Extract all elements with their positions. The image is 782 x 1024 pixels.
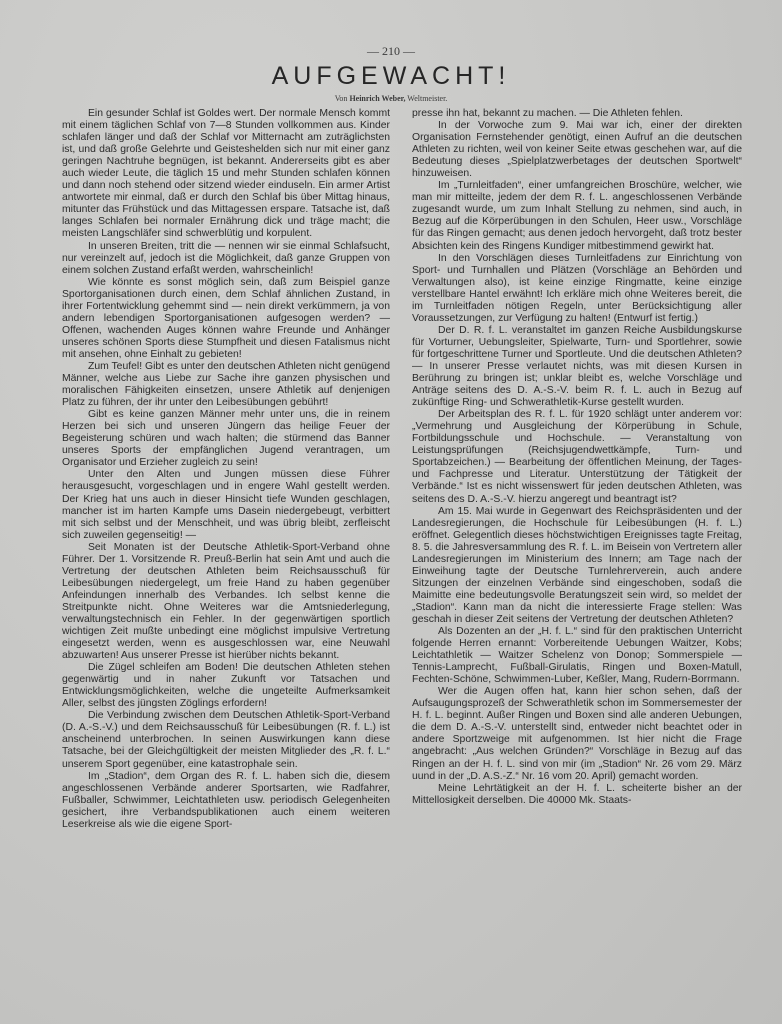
paragraph: Seit Monaten ist der Deutsche Athletik-S… xyxy=(62,542,390,662)
paragraph: Zum Teufel! Gibt es unter den deutschen … xyxy=(62,361,390,409)
byline-suffix: Weltmeister. xyxy=(407,94,447,103)
paragraph: Im „Turnleitfaden“, einer umfangreichen … xyxy=(412,180,742,252)
paragraph: In unseren Breiten, tritt die — nennen w… xyxy=(62,241,390,277)
paragraph: Als Dozenten an der „H. f. L.“ sind für … xyxy=(412,626,742,686)
paragraph-continued: presse ihn hat, bekannt zu machen. — Die… xyxy=(412,108,742,120)
paragraph: Ein gesunder Schlaf ist Goldes wert. Der… xyxy=(62,108,390,241)
paragraph: In der Vorwoche zum 9. Mai war ich, eine… xyxy=(412,120,742,180)
byline: Von Heinrich Weber, Weltmeister. xyxy=(0,94,782,103)
paragraph: Der D. R. f. L. veranstaltet im ganzen R… xyxy=(412,325,742,409)
paragraph: Im „Stadion“, dem Organ des R. f. L. hab… xyxy=(62,771,390,831)
paragraph: Die Zügel schleifen am Boden! Die deutsc… xyxy=(62,662,390,710)
paragraph: Meine Lehrtätigkeit an der H. f. L. sche… xyxy=(412,783,742,807)
left-column: Ein gesunder Schlaf ist Goldes wert. Der… xyxy=(62,108,390,831)
article-title: AUFGEWACHT! xyxy=(0,62,782,91)
paragraph: Der Arbeitsplan des R. f. L. für 1920 sc… xyxy=(412,409,742,505)
byline-prefix: Von xyxy=(335,94,348,103)
byline-author: Heinrich Weber, xyxy=(349,94,405,103)
paragraph: Gibt es keine ganzen Männer mehr unter u… xyxy=(62,409,390,469)
page-number: — 210 — xyxy=(0,44,782,59)
paragraph: In den Vorschlägen dieses Turnleitfadens… xyxy=(412,253,742,325)
paragraph: Unter den Alten und Jungen müssen diese … xyxy=(62,469,390,541)
paragraph: Wer die Augen offen hat, kann hier schon… xyxy=(412,686,742,782)
paragraph: Wie könnte es sonst möglich sein, daß zu… xyxy=(62,277,390,361)
right-column: presse ihn hat, bekannt zu machen. — Die… xyxy=(412,108,742,807)
paragraph: Die Verbindung zwischen dem Deutschen At… xyxy=(62,710,390,770)
paragraph: Am 15. Mai wurde in Gegenwart des Reichs… xyxy=(412,506,742,626)
